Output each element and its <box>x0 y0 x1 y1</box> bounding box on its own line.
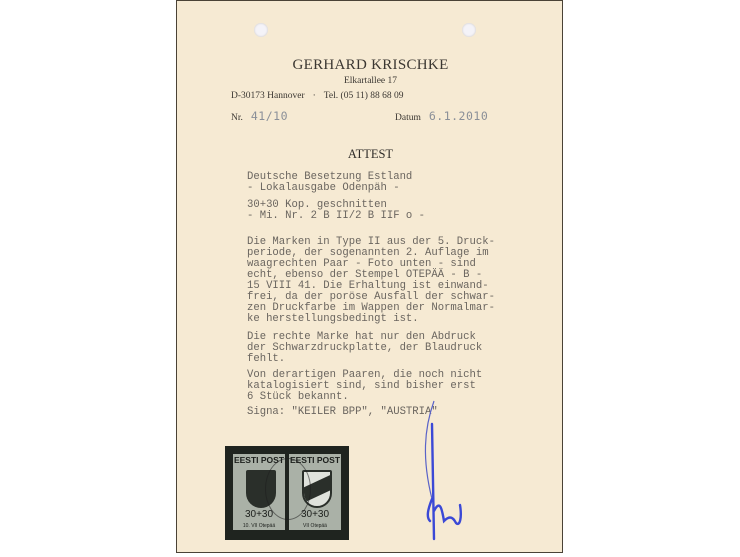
text-line: 6 Stück bekannt. <box>247 392 547 403</box>
text-line: der Schwarzdruckplatte, der Blaudruck <box>247 343 547 354</box>
certificate-date: Datum6.1.2010 <box>395 109 488 123</box>
signature-icon <box>412 399 492 544</box>
expert-city-phone: D-30173 Hannover·Tel. (05 11) 88 68 09 <box>231 91 404 101</box>
text-line: fehlt. <box>247 354 547 365</box>
certificate-page: GERHARD KRISCHKE Elkartallee 17 D-30173 … <box>176 0 563 553</box>
punch-hole <box>254 23 268 37</box>
datum-label: Datum <box>395 113 421 123</box>
text-line: - Mi. Nr. 2 B II/2 B IIF o - <box>247 211 547 222</box>
expert-name: GERHARD KRISCHKE <box>177 57 564 74</box>
stamp-footer: VII Otepää <box>289 523 341 529</box>
document-title: ATTEST <box>177 147 564 162</box>
punch-hole <box>462 23 476 37</box>
paragraph-right-stamp: Die rechte Marke hat nur den Abdruckder … <box>247 332 547 365</box>
nr-value: 41/10 <box>251 109 288 123</box>
letterhead: GERHARD KRISCHKE Elkartallee 17 D-30173 … <box>177 57 564 86</box>
expert-phone: Tel. (05 11) 88 68 09 <box>324 91 404 101</box>
postmark-cancel-icon <box>265 458 311 520</box>
expert-city: D-30173 Hannover <box>231 91 305 101</box>
datum-value: 6.1.2010 <box>429 109 488 123</box>
item-block: 30+30 Kop. geschnitten- Mi. Nr. 2 B II/2… <box>247 200 547 222</box>
paragraph-authenticity: Die Marken in Type II aus der 5. Druck-p… <box>247 237 547 325</box>
heading-block: Deutsche Besetzung Estland- Lokalausgabe… <box>247 172 547 194</box>
expert-street: Elkartallee 17 <box>177 76 564 86</box>
paragraph-rarity: Von derartigen Paaren, die noch nichtkat… <box>247 370 547 403</box>
text-line: - Lokalausgabe Odenpäh - <box>247 183 547 194</box>
certificate-number: Nr.41/10 <box>231 109 288 123</box>
signa-line: Signa: "KEILER BPP", "AUSTRIA" <box>247 407 547 418</box>
stamp-footer: 10. VII Otepää <box>233 523 285 529</box>
nr-label: Nr. <box>231 113 243 123</box>
separator: · <box>313 91 316 101</box>
stamp-pair-photo: EESTI POST 30+30 10. VII Otepää EESTI PO… <box>225 446 349 540</box>
text-line: ke herstellungsbedingt ist. <box>247 314 547 325</box>
